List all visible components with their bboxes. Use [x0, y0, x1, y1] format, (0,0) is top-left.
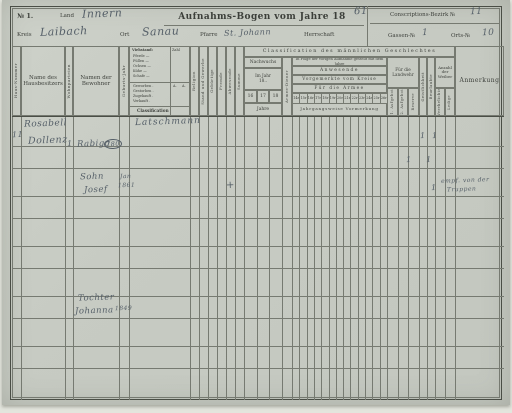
year-col-20r: 20r — [336, 93, 343, 103]
header-divider — [367, 6, 368, 46]
gestellte-header: In Folge der vorigen Aufnahme gestellt m… — [292, 57, 387, 66]
census-form-scan: № 1. Land Innern Aufnahms-Bogen vom Jahr… — [0, 0, 512, 413]
im-jahr-header: Im Jahr 18.. — [244, 68, 282, 90]
col-geistlichkeit: Geistlichkeit — [419, 57, 427, 116]
vormerkung-footer: Jahrgangsweise Vormerkung — [292, 103, 387, 116]
viehstand-divider-h2 — [129, 106, 190, 107]
plus-mark: + — [226, 180, 235, 191]
entry-haus-nr: 11 — [12, 130, 23, 139]
col-religion: Religion — [190, 46, 199, 116]
entry-tochter-geb: 1849 — [115, 305, 133, 313]
viehstand-divider-h1 — [129, 82, 190, 83]
age-18: 18 — [269, 90, 282, 103]
classification-band: Classification des männlichen Geschlecht… — [244, 46, 455, 57]
entry-besitzer-line2: Dollenz — [28, 134, 68, 146]
entry-sohn-geb-line1: Jan — [120, 173, 132, 180]
paper-sheet: № 1. Land Innern Aufnahms-Bogen vom Jahr… — [2, 0, 510, 405]
jahre-strip: Jahre — [244, 103, 282, 116]
entry-tochter-name: Johanna — [75, 305, 114, 316]
header-body-divider — [12, 116, 504, 117]
tick-mark-3: 1 — [406, 155, 412, 164]
weiber-header: Anzahl der Weiber — [435, 57, 455, 88]
vorgemerkte-header: Vorgemerkte vom Kreise — [292, 75, 387, 84]
weiber-col-1: Verehelichte — [435, 88, 445, 116]
nachwuchs-header: Nachwuchs — [244, 57, 282, 68]
col-wohnparteien: Wohnparteien — [65, 46, 73, 116]
kreis-value-handwriting: Laibach — [40, 24, 88, 39]
viehstand-colb2: A. — [182, 84, 186, 89]
gasse-label: Gassen-№ — [388, 33, 415, 39]
year-col-15r: 15r — [299, 93, 306, 103]
year-handwriting: 61 — [354, 6, 368, 17]
year-col-22r: 22r — [350, 93, 357, 103]
year-col-21r: 21r — [343, 93, 350, 103]
viehstand-footer: Classification — [137, 108, 169, 113]
col-haus-nummer: Haus-Nummer — [12, 46, 21, 116]
entry-anmerkung-line2: Truppen — [447, 185, 477, 193]
year-col-25r: 25r — [372, 93, 379, 103]
entry-sohn-name: Josef — [84, 185, 108, 196]
landwehr-header: Für die Landwehr — [387, 57, 419, 88]
landwehr-col-2: 2. Aufgebot — [398, 88, 408, 116]
year-col-17r: 17r — [314, 93, 321, 103]
ortnr-label: Orts-№ — [451, 33, 470, 39]
col-stand-gewerbe: Stand und Gewerbe — [199, 46, 208, 116]
year-col-18r: 18r — [321, 93, 328, 103]
bezirk-label: Conscriptions-Bezirk № — [390, 12, 455, 18]
viehstand-title: Viehstand: — [132, 48, 153, 53]
kreis-label: Kreis — [17, 32, 32, 38]
age-17: 17 — [257, 90, 269, 103]
anwesende-header: Anwesende — [292, 66, 387, 75]
fuer-armee-header: Für die Armee — [292, 84, 387, 93]
col-bewohner: Namen der Bewohner — [73, 46, 119, 116]
tick-mark-2: 1 — [432, 131, 438, 140]
bezirk-value-handwriting: 11 — [470, 7, 483, 17]
viehstand-colb1: A. — [173, 84, 177, 89]
col-armee-diener: Armee-Diener — [282, 57, 292, 116]
entry-wohnpartei: 1 — [67, 139, 73, 148]
age-16: 16 — [244, 90, 257, 103]
col-geburtsjahr: Geburts-Jahr — [119, 46, 129, 116]
form-number: № 1. — [17, 12, 33, 20]
ort-value-handwriting: Sanau — [142, 24, 180, 38]
landwehr-col-1: 1. Aufgebot — [387, 88, 398, 116]
year-columns: 14r15r16r17r18r19r20r21r22r23r24r25r26r — [292, 93, 387, 103]
weiber-col-2: Ledige — [445, 88, 455, 116]
year-col-14r: 14r — [292, 93, 299, 103]
entry-tochter-label: Tochter — [78, 292, 115, 303]
year-col-16r: 16r — [307, 93, 314, 103]
ortnr-value-handwriting: 10 — [482, 28, 495, 38]
viehstand-row-b3: Verkauft . — [133, 99, 150, 104]
col-gebuertige: Gebürtige — [208, 46, 217, 116]
tick-mark-5: 1 — [431, 183, 437, 192]
viehstand-row-a4: Schafe — — [133, 74, 150, 79]
bezirk-underline — [370, 23, 500, 24]
col-fremde: Fremde — [217, 46, 226, 116]
form-title: Aufnahms-Bogen vom Jahre 18 — [162, 12, 362, 22]
year-col-24r: 24r — [365, 93, 372, 103]
title-underline — [164, 25, 364, 26]
entry-sohn-geb-line2: 1861 — [118, 182, 136, 190]
landwehr-col-3: Reserve — [408, 88, 419, 116]
col-beurlaubte: Beurlaubte — [427, 57, 435, 116]
land-value-handwriting: Innern — [82, 6, 123, 20]
year-col-23r: 23r — [358, 93, 365, 103]
gasse-value-handwriting: 1 — [422, 28, 429, 38]
year-col-26r: 26r — [380, 93, 387, 103]
col-summe: Summe — [235, 46, 244, 116]
tick-mark-4: 1 — [426, 155, 432, 164]
pfarre-label: Pfarre — [200, 32, 218, 38]
col-anmerkung: Anmerkung — [455, 46, 504, 116]
viehstand-unit: Zahl — [172, 48, 180, 53]
pfarre-value-handwriting: St. Johann — [224, 27, 271, 38]
col-hausbesitzer: Name des Hausbesitzers — [21, 46, 65, 116]
tick-mark-1: 1 — [420, 131, 426, 140]
ort-label: Ort — [120, 32, 129, 38]
land-label: Land — [60, 13, 74, 19]
year-col-19r: 19r — [329, 93, 336, 103]
entry-besitzer-line1: Rosabell — [24, 118, 67, 129]
col-abwesende: Abwesende — [226, 46, 235, 116]
entry-bewohner-1-number: 780 — [104, 139, 122, 150]
entry-sohn-label: Sohn — [80, 172, 104, 183]
herrschaft-label: Herrschaft — [304, 32, 334, 38]
